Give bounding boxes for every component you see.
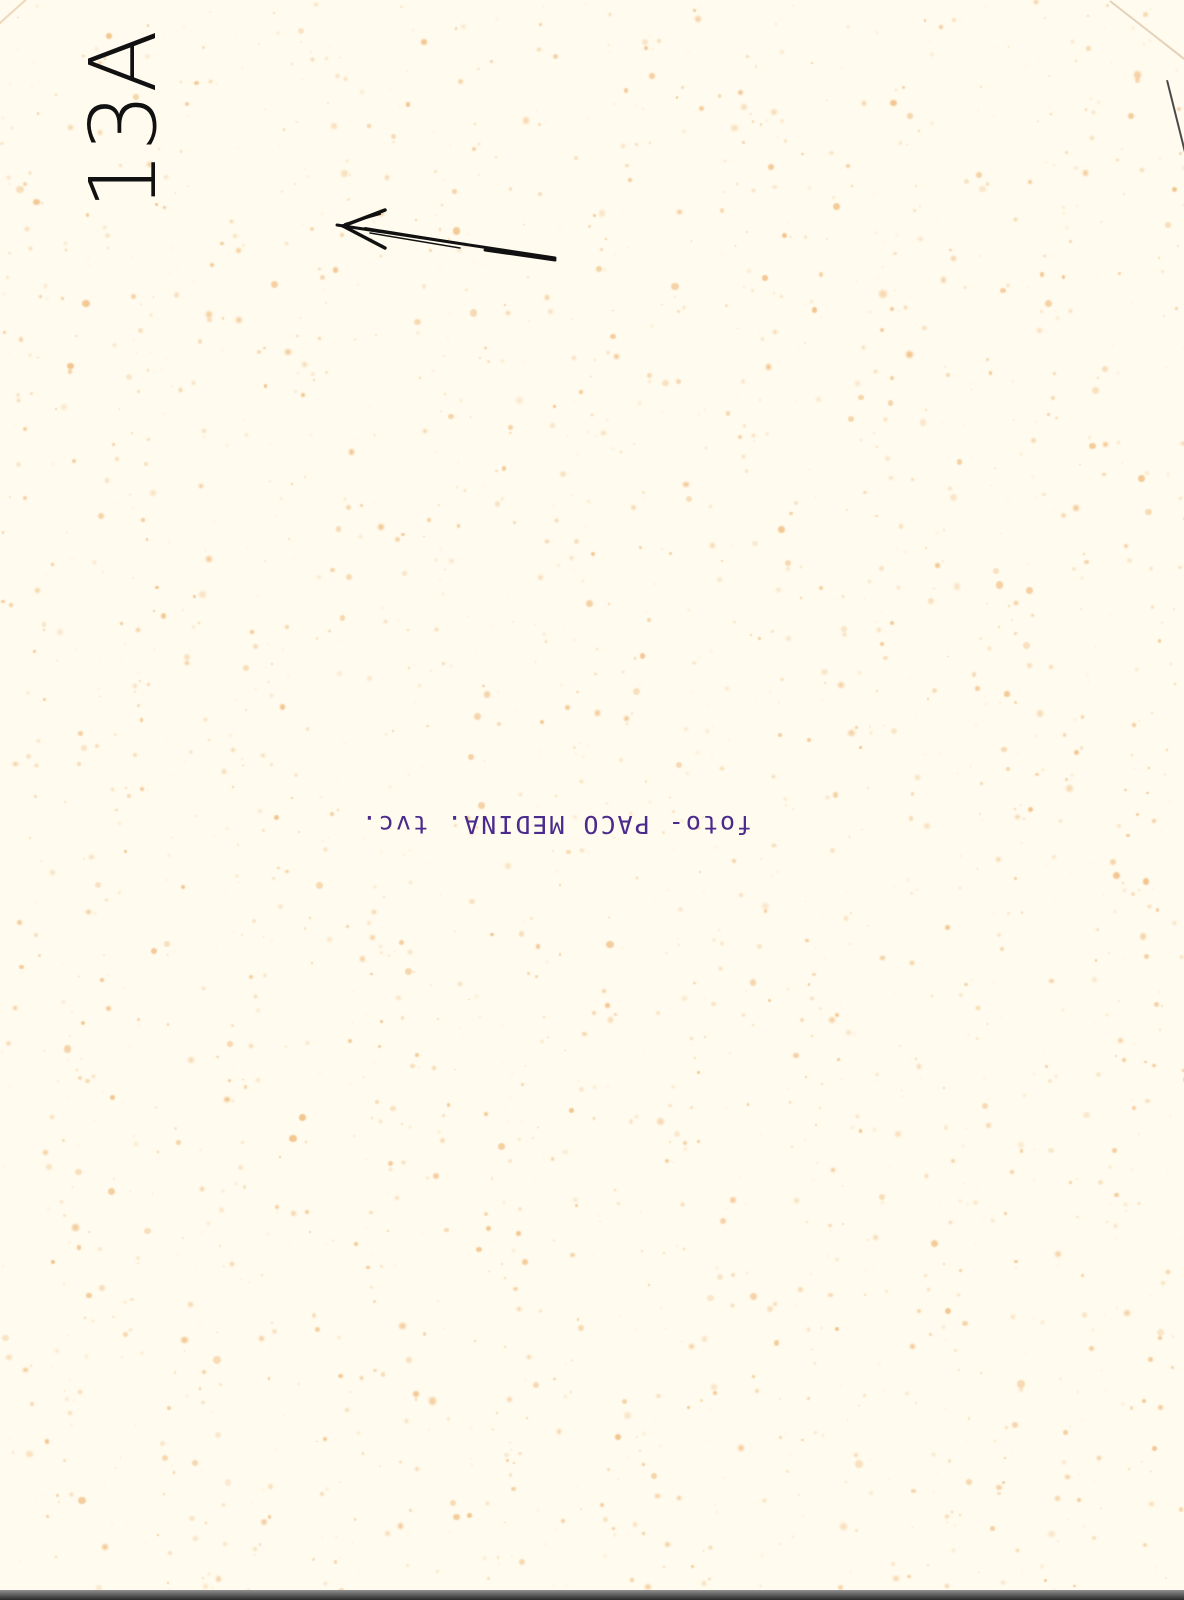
photographer-stamp: foto- PACO MEDINA. tvc. [372,810,752,839]
photo-back-sheet: 13A foto- PACO MEDINA. tvc. [0,0,1184,1600]
arrow-left-icon [325,200,565,270]
foxing-spots [0,0,1184,1600]
handwritten-label: 13A [70,10,177,210]
scan-bottom-edge [0,1590,1184,1600]
